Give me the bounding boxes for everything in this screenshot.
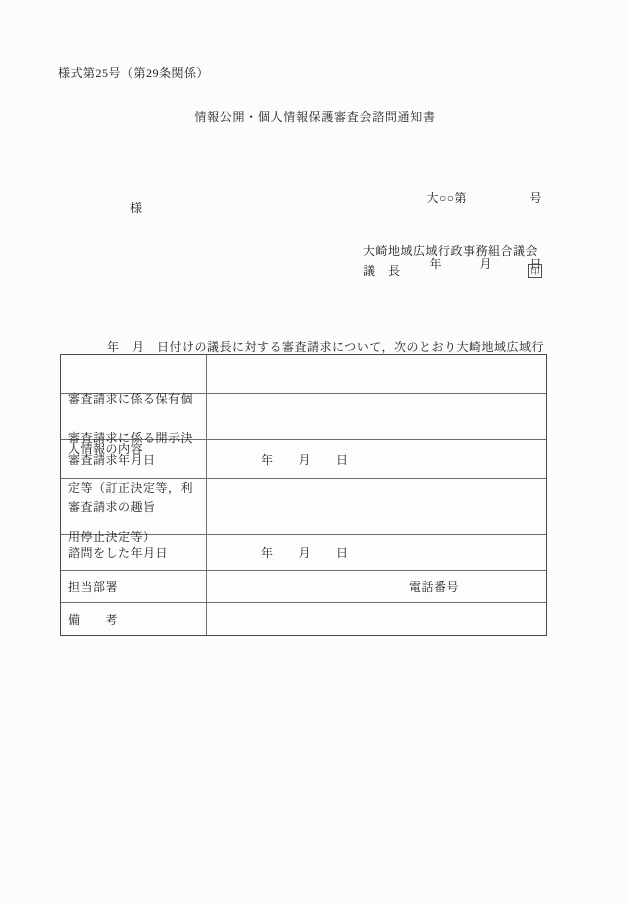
document-title: 情報公開・個人情報保護審査会諮問通知書 — [0, 108, 630, 125]
label-department: 担当部署 — [61, 571, 206, 602]
table-row: 審査請求の趣旨 — [61, 478, 546, 534]
phone-number-label: 電話番号 — [409, 578, 459, 595]
label-request-purport: 審査請求の趣旨 — [61, 479, 206, 534]
table-row: 備 考 — [61, 602, 546, 635]
label-disclosure-decision: 審査請求に係る開示決 定等（訂正決定等，利 用停止決定等） — [61, 394, 206, 439]
table-row: 審査請求に係る保有個 人情報の内容 — [61, 355, 546, 393]
label-retained-personal-info: 審査請求に係る保有個 人情報の内容 — [61, 355, 206, 393]
sender-role-line: 議 長 印 — [363, 261, 542, 281]
sender-role-label: 議 長 — [363, 261, 401, 281]
document-page: 様式第25号（第29条関係） 情報公開・個人情報保護審査会諮問通知書 大○○第 … — [0, 0, 630, 903]
value-department: 電話番号 — [206, 571, 546, 602]
addressee-honorific: 様 — [130, 199, 143, 216]
doc-number-line: 大○○第 号 — [427, 187, 543, 209]
notification-table: 審査請求に係る保有個 人情報の内容 審査請求に係る開示決 定等（訂正決定等，利 … — [60, 354, 547, 636]
value-retained-personal-info — [206, 355, 546, 393]
table-row: 審査請求年月日 年 月 日 — [61, 439, 546, 478]
table-row: 審査請求に係る開示決 定等（訂正決定等，利 用停止決定等） — [61, 393, 546, 439]
seal-mark-icon: 印 — [528, 264, 542, 278]
form-number-label: 様式第25号（第29条関係） — [58, 64, 209, 81]
value-remarks — [206, 603, 546, 635]
label-consultation-date: 諮問をした年月日 — [61, 535, 206, 570]
label-remarks: 備 考 — [61, 603, 206, 635]
table-row: 担当部署 電話番号 — [61, 570, 546, 602]
value-request-date: 年 月 日 — [206, 440, 546, 478]
table-row: 諮問をした年月日 年 月 日 — [61, 534, 546, 570]
sender-block: 大崎地域広域行政事務組合議会 議 長 印 — [363, 241, 542, 281]
label-request-date: 審査請求年月日 — [61, 440, 206, 478]
sender-organization: 大崎地域広域行政事務組合議会 — [363, 241, 542, 261]
value-consultation-date: 年 月 日 — [206, 535, 546, 570]
doc-number-date-block: 大○○第 号 年 月 日 — [427, 143, 543, 319]
value-request-purport — [206, 479, 546, 534]
value-disclosure-decision — [206, 394, 546, 439]
